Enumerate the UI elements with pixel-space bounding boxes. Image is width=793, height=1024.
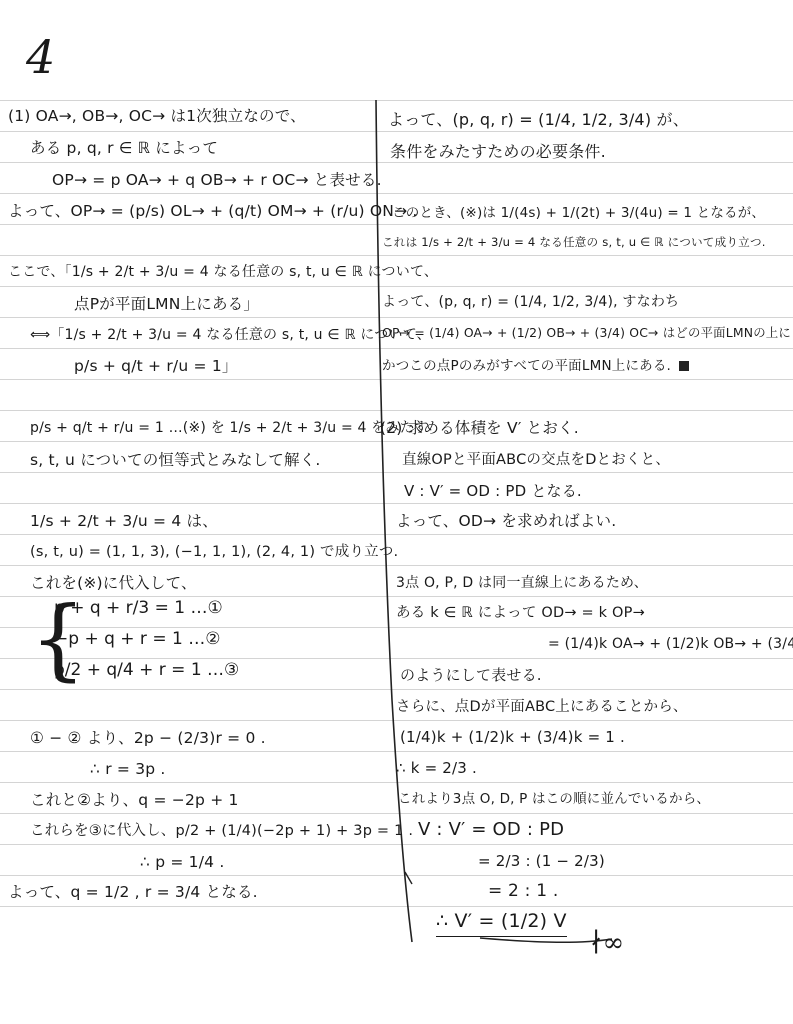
equation-line: = 2/3 : (1 − 2/3) [478, 851, 605, 871]
text-line: よって、OD→ を求めればよい. [396, 511, 616, 531]
equation-line: ある k ∈ ℝ によって OD→ = k OP→ [396, 603, 645, 623]
text-line: のようにして表せる. [400, 665, 542, 685]
end-mark: ∤∞ [590, 928, 624, 958]
equation-line: これらを③に代入し、p/2 + (1/4)(−2p + 1) + 3p = 1 … [8, 821, 413, 841]
text-line: よって、(p, q, r) = (1/4, 1/2, 3/4), すなわち [382, 292, 679, 312]
text-line: かつこの点Pのみがすべての平面LMN上にある. [382, 356, 689, 376]
equation-line: ∴ p = 1/4 . [140, 852, 224, 872]
text-line: このとき、(※)は 1/(4s) + 1/(2t) + 3/(4u) = 1 と… [392, 203, 765, 223]
text-line: 条件をみたすための必要条件. [390, 142, 606, 162]
equation-line: V : V′ = OD : PD となる. [404, 481, 582, 501]
text-line: (1) OA→, OB→, OC→ は1次独立なので、 [8, 106, 306, 126]
text-line: さらに、点Dが平面ABC上にあることから、 [396, 697, 688, 717]
text-line: これは 1/s + 2/t + 3/u = 4 なる任意の s, t, u ∈ … [382, 232, 766, 252]
text-line: これより3点 O, D, P はこの順に並んでいるから、 [398, 789, 710, 809]
equation-line: OP→ = (1/4) OA→ + (1/2) OB→ + (3/4) OC→ … [382, 323, 793, 343]
text-line: よって、(p, q, r) = (1/4, 1/2, 3/4) が、 [388, 110, 689, 130]
equation-line: = (1/4)k OA→ + (1/2)k OB→ + (3/4)k OC→ [548, 634, 793, 654]
text-line: ここで、「1/s + 2/t + 3/u = 4 なる任意の s, t, u ∈… [8, 262, 438, 282]
text-line: ある p, q, r ∈ ℝ によって [8, 138, 218, 158]
equation-line: 1/s + 2/t + 3/u = 4 は、 [8, 511, 218, 531]
qed-square-icon [679, 361, 689, 371]
equation-line: = 2 : 1 . [488, 881, 558, 901]
equation-line: ① − ② より、2p − (2/3)r = 0 . [8, 728, 266, 748]
equation-line: よって、OP→ = (p/s) OL→ + (q/t) OM→ + (r/u) … [8, 201, 418, 221]
equation-2: −p + q + r = 1 …② [54, 629, 220, 649]
text-line: 直線OPと平面ABCの交点をDとおくと、 [402, 450, 670, 470]
equation-line: (1/4)k + (1/2)k + (3/4)k = 1 . [400, 727, 625, 747]
text-line: 3点 O, P, D は同一直線上にあるため、 [396, 573, 648, 593]
conclusion-line: よって、q = 1/2 , r = 3/4 となる. [8, 882, 258, 902]
text-line: s, t, u についての恒等式とみなして解く. [8, 450, 321, 470]
equation-line: OP→ = p OA→ + q OB→ + r OC→ と表せる. [8, 170, 382, 190]
text-line: 点Pが平面LMN上にある」 [8, 294, 259, 314]
equation-line: これと②より、q = −2p + 1 [8, 790, 239, 810]
equation-1: p + q + r/3 = 1 …① [54, 598, 223, 618]
section-heading: (2) 求める体積を V′ とおく. [380, 418, 579, 438]
text-line: (s, t, u) = (1, 1, 3), (−1, 1, 1), (2, 4… [8, 542, 398, 562]
text-line: p/s + q/t + r/u = 1 …(※) を 1/s + 2/t + 3… [8, 418, 428, 438]
conclusion-text: かつこの点Pのみがすべての平面LMN上にある. [382, 358, 671, 374]
equation-line: ∴ r = 3p . [90, 759, 166, 779]
final-answer: ∴ V′ = (1/2) V [436, 911, 567, 931]
problem-number: 4 [26, 30, 55, 84]
final-answer-text: ∴ V′ = (1/2) V [436, 910, 567, 937]
equation-3: p/2 + q/4 + r = 1 …③ [54, 660, 239, 680]
equation-line: p/s + q/t + r/u = 1」 [8, 356, 238, 376]
text-line: ⟺「1/s + 2/t + 3/u = 4 なる任意の s, t, u ∈ ℝ … [8, 325, 431, 345]
equation-line: V : V′ = OD : PD [418, 820, 564, 840]
equation-line: ∴ k = 2/3 . [396, 758, 477, 778]
